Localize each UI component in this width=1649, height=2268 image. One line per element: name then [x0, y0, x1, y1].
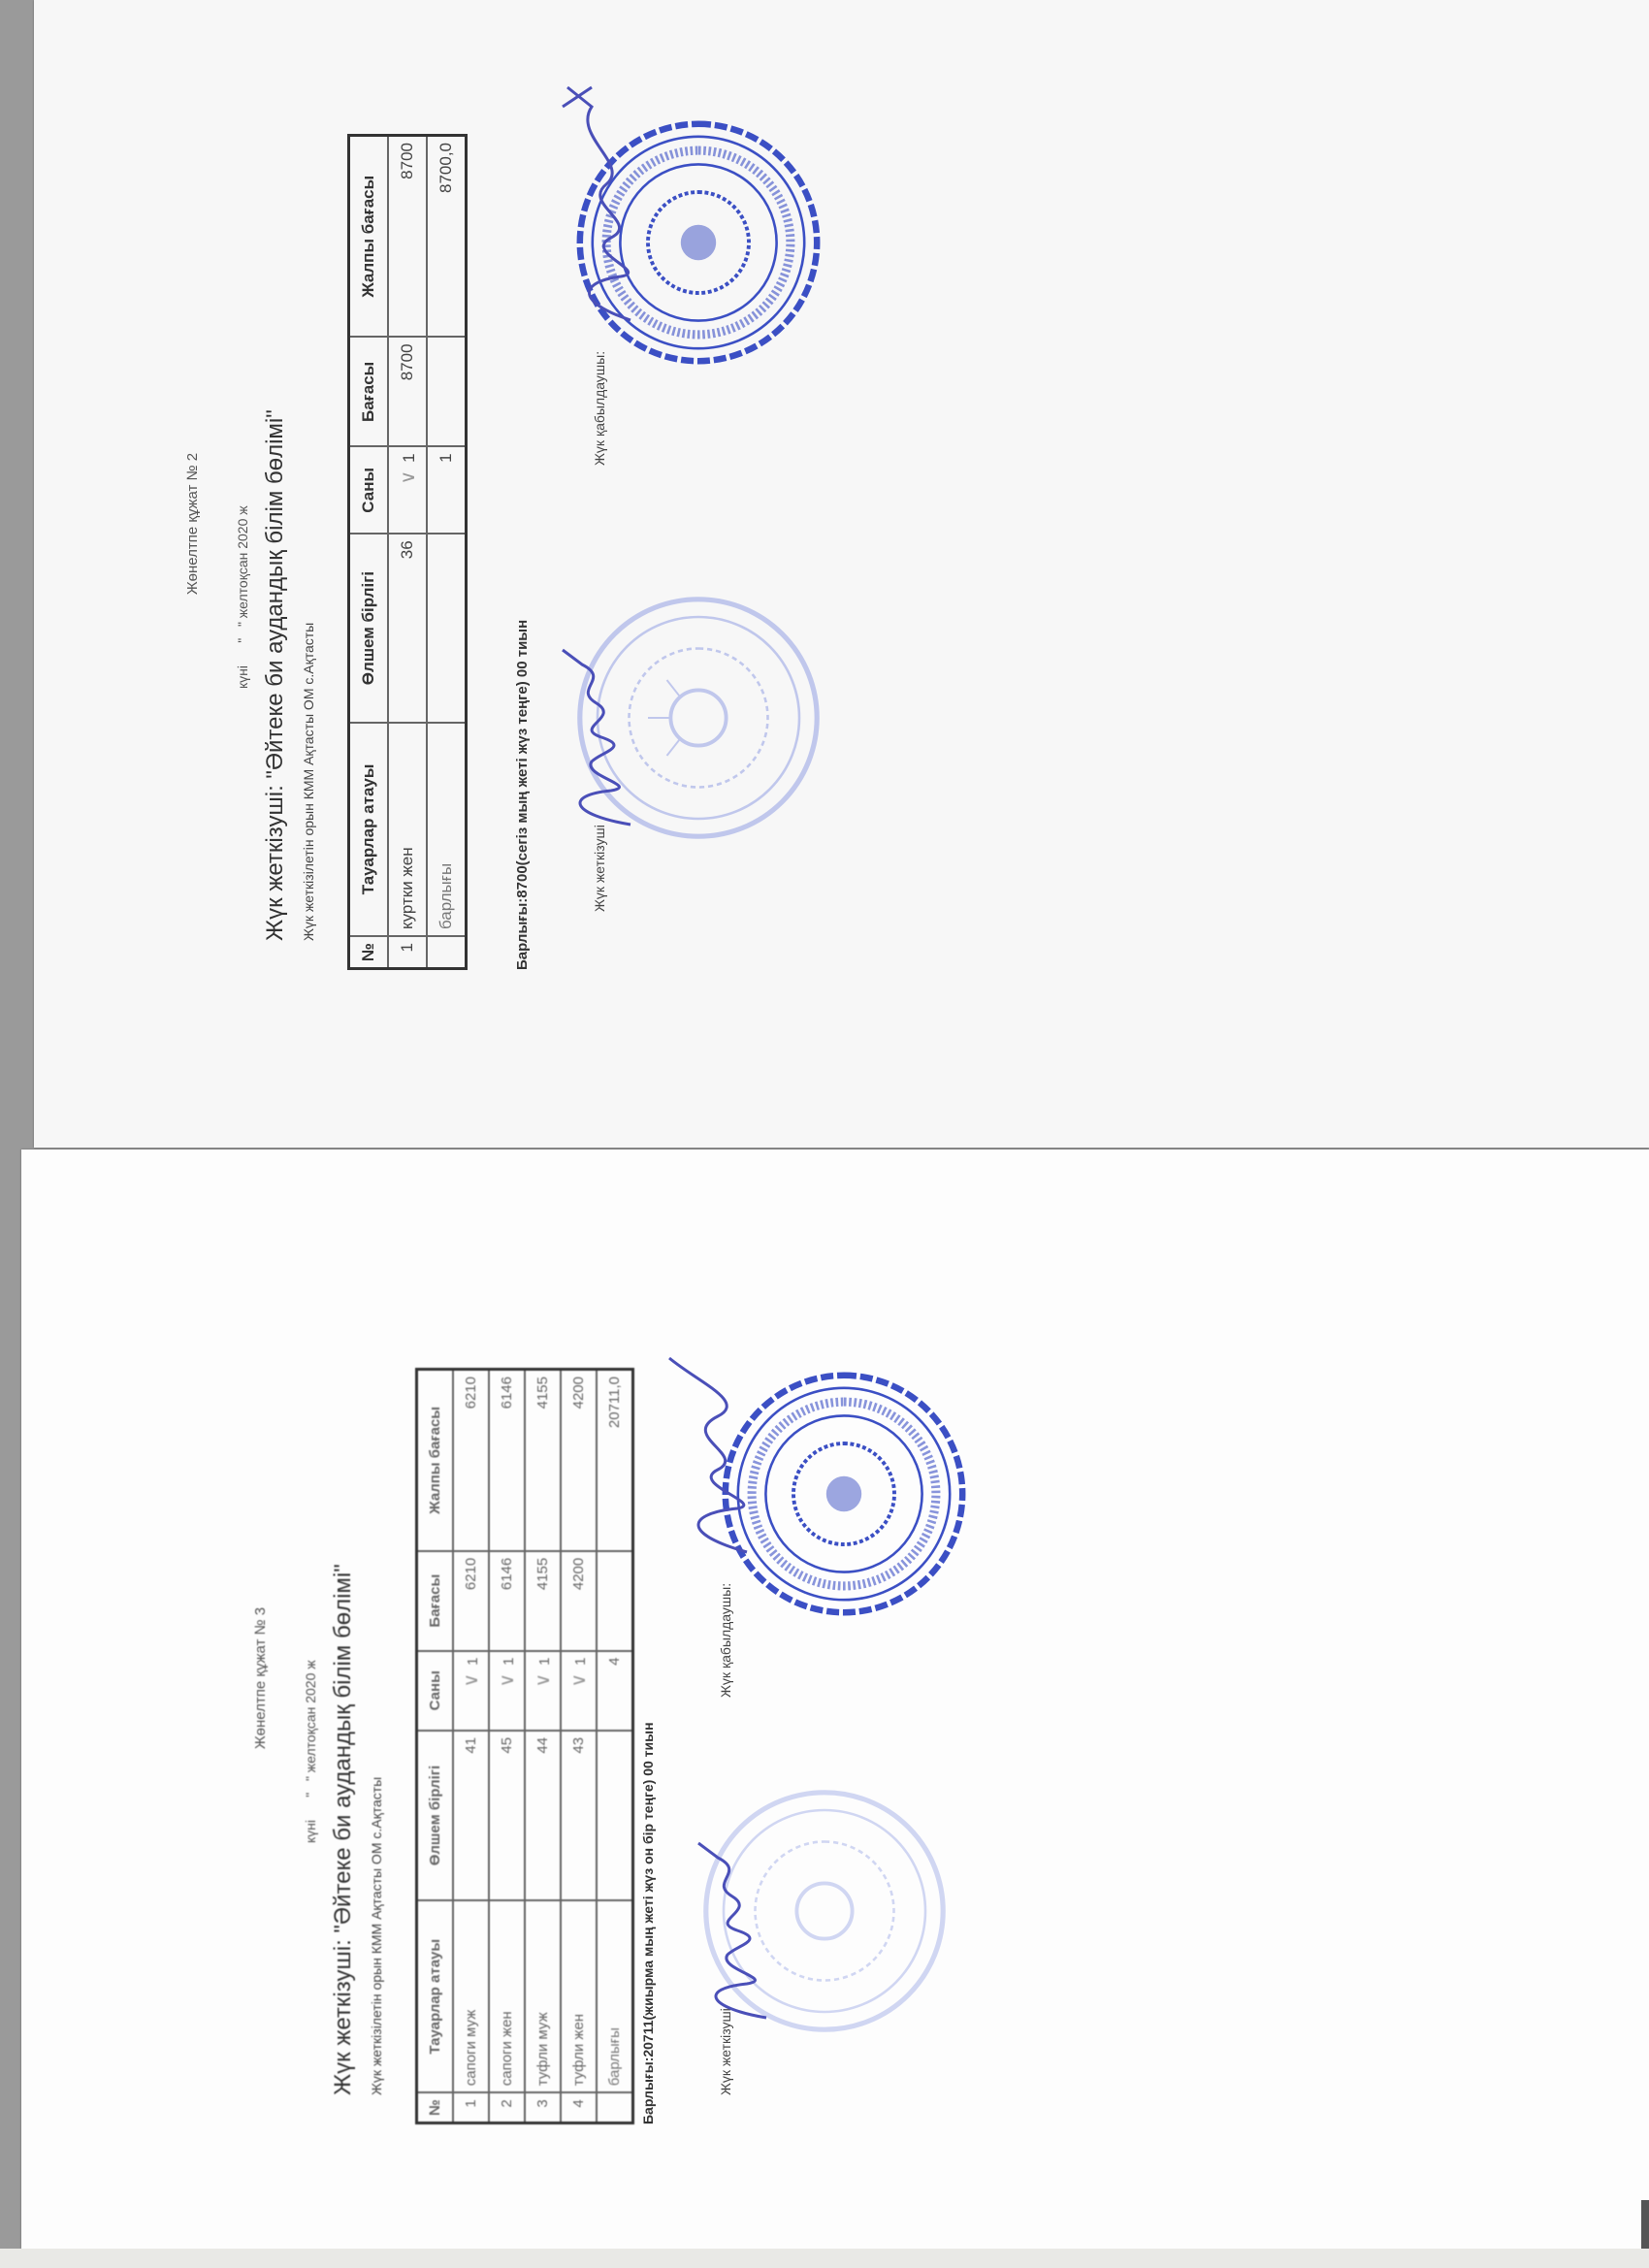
item-name: туфли муж — [525, 1900, 561, 2092]
unit-price: 6210 — [453, 1551, 489, 1651]
item-name: куртки жен — [388, 723, 427, 936]
table-body: 1куртки жен36∨187008700барлығы18700,0 — [388, 136, 467, 969]
column-header: Бағасы — [349, 337, 389, 446]
supplier-label: Жүк жеткізуші: — [262, 785, 288, 941]
total-in-words: Барлығы:20711(жиырма мың жеті жүз он бір… — [640, 1722, 656, 2124]
quantity: ∨1 — [525, 1651, 561, 1731]
supplier-name: "Әйтеке би аудандық білім бөлімі" — [262, 409, 288, 778]
quantity-value: 1 — [501, 1658, 517, 1666]
table-row: 2сапоги жен45∨161466146 — [489, 1370, 525, 2123]
column-header: Жалпы бағасы — [417, 1370, 454, 1551]
total-quantity: 1 — [427, 446, 467, 534]
unit-size-value: 44 — [534, 1737, 551, 1754]
grand-total: 20711,0 — [597, 1370, 633, 1551]
unit-size-value: 43 — [570, 1737, 587, 1754]
checkmark-icon: ∨ — [497, 1673, 518, 1688]
receiver-signature — [660, 1348, 776, 1562]
row-number: 4 — [561, 2092, 597, 2122]
unit-size: 41 — [453, 1731, 489, 1900]
column-header: Бағасы — [417, 1551, 454, 1651]
table-row: 1сапоги муж41∨162106210 — [453, 1370, 489, 2123]
goods-table: №Тауарлар атауыӨлшем бірлігіСаныБағасыЖа… — [415, 1368, 634, 2124]
sender-signature — [679, 1833, 786, 2027]
row-number-value: 4 — [570, 2099, 587, 2107]
unit-size: 36 — [388, 534, 427, 722]
quantity-value: 1 — [465, 1658, 481, 1666]
unit-price: 8700 — [388, 337, 427, 446]
scanner-edge — [0, 2249, 1649, 2268]
row-number-value: 2 — [499, 2099, 515, 2107]
unit-size — [427, 534, 467, 722]
delivery-place: Жүк жеткізілетін орын КММ Ақтасты ОМ с.А… — [369, 1777, 384, 2095]
column-header: № — [417, 2092, 454, 2122]
quantity: ∨1 — [453, 1651, 489, 1731]
unit-size — [597, 1731, 633, 1900]
item-name: сапоги жен — [489, 1900, 525, 2092]
total-label: барлығы — [427, 723, 467, 936]
unit-price: 4200 — [561, 1551, 597, 1651]
total-label: барлығы — [597, 1900, 633, 2092]
total-quantity: 4 — [597, 1651, 633, 1731]
checkmark-icon: ∨ — [461, 1673, 482, 1688]
item-name-value: сапоги жен — [499, 2011, 515, 2086]
goods-table: №Тауарлар атауыӨлшем бірлігіСаныБағасыЖа… — [347, 134, 468, 970]
table-header-row: №Тауарлар атауыӨлшем бірлігіСаныБағасыЖа… — [349, 136, 389, 969]
row-number — [597, 2092, 633, 2122]
column-header: Саны — [349, 446, 389, 534]
line-total: 4155 — [525, 1370, 561, 1551]
unit-size: 45 — [489, 1731, 525, 1900]
row-number: 1 — [388, 936, 427, 968]
checkmark-icon: ∨ — [533, 1673, 554, 1688]
checkmark-icon: ∨ — [398, 470, 419, 485]
quantity-value: 1 — [536, 1658, 553, 1666]
supplier-name: "Әйтеке би аудандық білім бөлімі" — [330, 1564, 356, 1932]
grand-total: 8700,0 — [427, 136, 467, 338]
unit-price — [597, 1551, 633, 1651]
delivery-place: Жүк жеткізілетін орын КММ Ақтасты ОМ с.А… — [301, 623, 316, 941]
unit-size-value: 41 — [463, 1737, 479, 1754]
line-total: 6210 — [453, 1370, 489, 1551]
column-header: Тауарлар атауы — [417, 1900, 454, 2092]
row-number-value: 1 — [398, 943, 416, 952]
supplier-line: Жүк жеткізуші: "Әйтеке би аудандық білім… — [262, 409, 289, 941]
unit-price-value: 4155 — [534, 1558, 551, 1590]
sender-signature — [543, 640, 650, 834]
line-total: 6146 — [489, 1370, 525, 1551]
line-total-value: 4155 — [534, 1377, 551, 1409]
column-header: Өлшем бірлігі — [417, 1731, 454, 1900]
row-number-value: 1 — [463, 2099, 479, 2107]
quantity: ∨1 — [489, 1651, 525, 1731]
item-name-value: сапоги муж — [463, 2010, 479, 2087]
item-name-value: куртки жен — [398, 847, 416, 929]
row-number: 3 — [525, 2092, 561, 2122]
column-header: № — [349, 936, 389, 968]
line-total-value: 6146 — [499, 1377, 515, 1409]
document-number: Жөнелтпе құжат № 2 — [184, 39, 201, 1009]
item-name-value: туфли жен — [570, 2014, 587, 2086]
table-row: 3туфли муж44∨141554155 — [525, 1370, 561, 2123]
supplier-line: Жүк жеткізуші: "Әйтеке би аудандық білім… — [330, 1564, 357, 2095]
waybill-document-3: Жөнелтпе құжат № 3 күні " " желтоқсан 20… — [233, 1193, 1028, 2163]
waybill-document-2: Жөнелтпе құжат № 2 күні " " желтоқсан 20… — [165, 39, 960, 1009]
table-body: 1сапоги муж41∨1621062102сапоги жен45∨161… — [453, 1370, 633, 2123]
column-header: Жалпы бағасы — [349, 136, 389, 338]
table-row: 4туфли жен43∨142004200 — [561, 1370, 597, 2123]
quantity-value: 1 — [400, 453, 418, 462]
document-date: күні " " желтоқсан 2020 ж — [303, 1660, 318, 1843]
row-number — [427, 936, 467, 968]
total-in-words: Барлығы:8700(сегіз мың жеті жүз теңге) 0… — [514, 620, 531, 970]
unit-price: 6146 — [489, 1551, 525, 1651]
unit-size: 44 — [525, 1731, 561, 1900]
checkmark-icon: ∨ — [568, 1673, 590, 1688]
row-number: 2 — [489, 2092, 525, 2122]
unit-price-value: 4200 — [570, 1558, 587, 1590]
unit-price-value: 6210 — [463, 1558, 479, 1590]
unit-size: 43 — [561, 1731, 597, 1900]
line-total: 4200 — [561, 1370, 597, 1551]
scanner-edge-shadow — [1641, 2200, 1649, 2249]
unit-size-value: 36 — [398, 540, 416, 559]
unit-size-value: 45 — [499, 1737, 515, 1754]
document-date: күні " " желтоқсан 2020 ж — [235, 505, 250, 689]
item-name: туфли жен — [561, 1900, 597, 2092]
table-row: 1куртки жен36∨187008700 — [388, 136, 427, 969]
quantity: ∨1 — [561, 1651, 597, 1731]
item-name: сапоги муж — [453, 1900, 489, 2092]
quantity: ∨1 — [388, 446, 427, 534]
item-name-value: туфли муж — [534, 2012, 551, 2086]
document-number: Жөнелтпе құжат № 3 — [252, 1193, 269, 2163]
unit-price-value: 6146 — [499, 1558, 515, 1590]
receiver-signature — [553, 78, 660, 330]
supplier-label: Жүк жеткізуші: — [330, 1939, 356, 2095]
line-total: 8700 — [388, 136, 427, 338]
line-total-value: 6210 — [463, 1377, 479, 1409]
unit-price: 4155 — [525, 1551, 561, 1651]
quantity-value: 1 — [572, 1658, 589, 1666]
row-number-value: 3 — [534, 2099, 551, 2107]
unit-price — [427, 337, 467, 446]
row-number: 1 — [453, 2092, 489, 2122]
column-header: Тауарлар атауы — [349, 723, 389, 936]
line-total-value: 4200 — [570, 1377, 587, 1409]
column-header: Саны — [417, 1651, 454, 1731]
line-total-value: 8700 — [398, 143, 416, 179]
total-row: барлығы18700,0 — [427, 136, 467, 969]
total-row: барлығы420711,0 — [597, 1370, 633, 2123]
column-header: Өлшем бірлігі — [349, 534, 389, 722]
table-header-row: №Тауарлар атауыӨлшем бірлігіСаныБағасыЖа… — [417, 1370, 454, 2123]
unit-price-value: 8700 — [398, 343, 416, 380]
